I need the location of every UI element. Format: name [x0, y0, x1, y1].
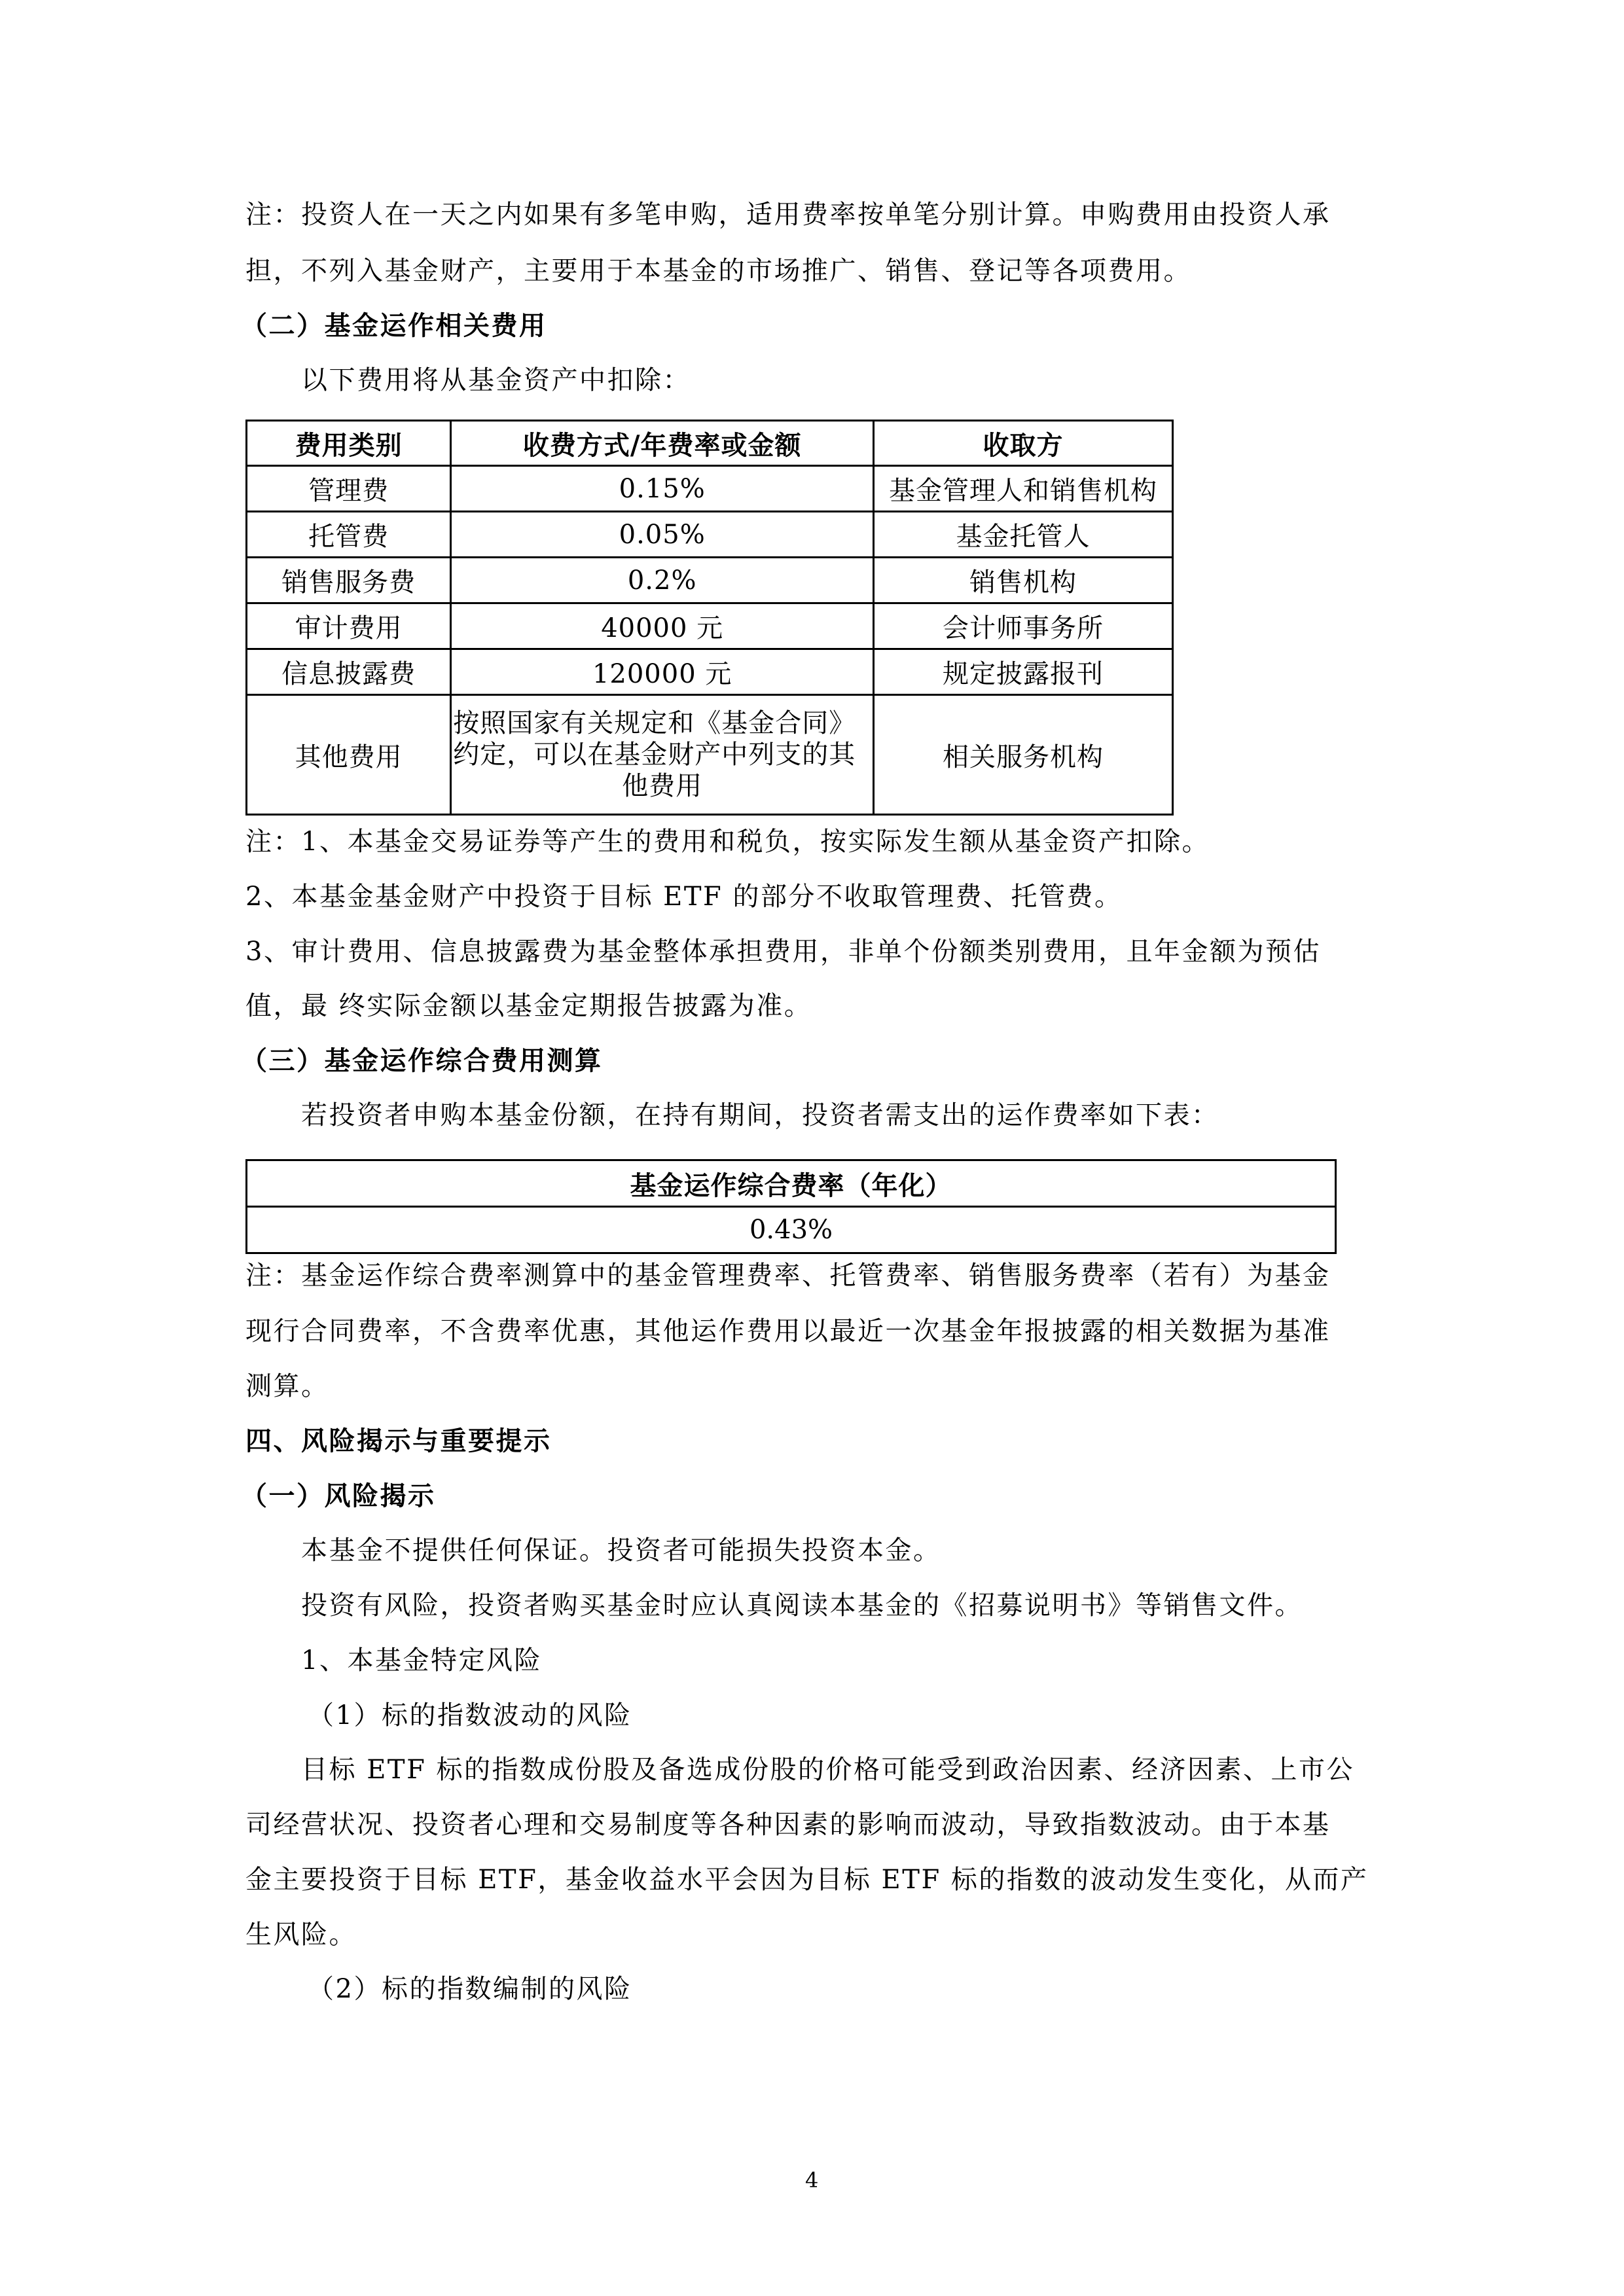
cell-recipient: 基金托管人	[874, 512, 1173, 558]
combined-note-line-3: 测算。	[245, 1371, 329, 1402]
combined-note-line-1: 注：基金运作综合费率测算中的基金管理费率、托管费率、销售服务费率（若有）为基金	[245, 1260, 1331, 1291]
risk-para-2: 投资有风险，投资者购买基金时应认真阅读本基金的《招募说明书》等销售文件。	[301, 1590, 1303, 1621]
col-header-category: 费用类别	[247, 421, 451, 466]
table-row: 销售服务费 0.2% 销售机构	[247, 558, 1173, 603]
ops-fee-note-2: 2、本基金基金财产中投资于目标 ETF 的部分不收取管理费、托管费。	[245, 881, 1123, 912]
cell-category: 审计费用	[247, 603, 451, 649]
cell-rate: 120000 元	[451, 649, 874, 695]
table-row: 审计费用 40000 元 会计师事务所	[247, 603, 1173, 649]
cell-rate-line: 他费用	[453, 770, 871, 802]
cell-recipient: 基金管理人和销售机构	[874, 466, 1173, 512]
fee-note-line-1: 注：投资人在一天之内如果有多笔申购，适用费率按单笔分别计算。申购费用由投资人承	[245, 199, 1331, 230]
table-header-row: 费用类别 收费方式/年费率或金额 收取方	[247, 421, 1173, 466]
risk-sub-1-line-4: 生风险。	[245, 1919, 357, 1950]
cell-category: 信息披露费	[247, 649, 451, 695]
risk-sub-1-line-3: 金主要投资于目标 ETF，基金收益水平会因为目标 ETF 标的指数的波动发生变化…	[245, 1864, 1368, 1895]
fee-note-line-2: 担，不列入基金财产，主要用于本基金的市场推广、销售、登记等各项费用。	[245, 255, 1191, 287]
risk-sub-1-line-1: 目标 ETF 标的指数成份股及备选成份股的价格可能受到政治因素、经济因素、上市公	[301, 1754, 1354, 1785]
cell-recipient: 销售机构	[874, 558, 1173, 603]
combined-fees-intro: 若投资者申购本基金份额，在持有期间，投资者需支出的运作费率如下表：	[301, 1100, 1219, 1131]
section-heading-combined-fees: （三）基金运作综合费用测算	[241, 1045, 603, 1077]
cell-category: 销售服务费	[247, 558, 451, 603]
cell-recipient: 相关服务机构	[874, 695, 1173, 815]
ops-fee-note-3: 3、审计费用、信息披露费为基金整体承担费用，非单个份额类别费用，且年金额为预估	[245, 936, 1321, 967]
subheading-risk-disclosure: （一）风险揭示	[241, 1480, 436, 1512]
table-row: 其他费用 按照国家有关规定和《基金合同》 约定，可以在基金财产中列支的其 他费用…	[247, 695, 1173, 815]
combined-rate-table: 基金运作综合费率（年化） 0.43%	[245, 1159, 1337, 1254]
col-header-rate: 收费方式/年费率或金额	[451, 421, 874, 466]
cell-rate: 40000 元	[451, 603, 874, 649]
risk-sub-1: （1）标的指数波动的风险	[308, 1700, 632, 1731]
ops-fees-intro: 以下费用将从基金资产中扣除：	[301, 365, 691, 396]
cell-recipient: 规定披露报刊	[874, 649, 1173, 695]
ops-fee-note-4: 值，最 终实际金额以基金定期报告披露为准。	[245, 990, 812, 1022]
risk-para-1: 本基金不提供任何保证。投资者可能损失投资本金。	[301, 1535, 941, 1566]
table-header-row: 基金运作综合费率（年化）	[247, 1160, 1336, 1207]
cell-rate: 0.2%	[451, 558, 874, 603]
cell-rate: 0.15%	[451, 466, 874, 512]
table-row: 0.43%	[247, 1207, 1336, 1253]
risk-sub-1-line-2: 司经营状况、投资者心理和交易制度等各种因素的影响而波动，导致指数波动。由于本基	[245, 1809, 1331, 1840]
cell-rate: 0.05%	[451, 512, 874, 558]
cell-category: 托管费	[247, 512, 451, 558]
ops-fee-table: 费用类别 收费方式/年费率或金额 收取方 管理费 0.15% 基金管理人和销售机…	[245, 420, 1174, 816]
cell-category: 管理费	[247, 466, 451, 512]
cell-recipient: 会计师事务所	[874, 603, 1173, 649]
section-heading-ops-fees: （二）基金运作相关费用	[241, 310, 547, 342]
risk-sub-2: （2）标的指数编制的风险	[308, 1973, 632, 2005]
col-header-combined-rate: 基金运作综合费率（年化）	[247, 1160, 1336, 1207]
page-number: 4	[805, 2168, 818, 2193]
ops-fee-note-1: 注：1、本基金交易证券等产生的费用和税负，按实际发生额从基金资产扣除。	[245, 826, 1210, 857]
cell-rate-multiline: 按照国家有关规定和《基金合同》 约定，可以在基金财产中列支的其 他费用	[451, 695, 874, 815]
col-header-recipient: 收取方	[874, 421, 1173, 466]
cell-combined-rate: 0.43%	[247, 1207, 1336, 1253]
table-row: 托管费 0.05% 基金托管人	[247, 512, 1173, 558]
cell-category: 其他费用	[247, 695, 451, 815]
section-heading-risk: 四、风险揭示与重要提示	[245, 1426, 552, 1457]
cell-rate-line: 约定，可以在基金财产中列支的其	[453, 740, 856, 770]
table-row: 管理费 0.15% 基金管理人和销售机构	[247, 466, 1173, 512]
combined-note-line-2: 现行合同费率，不含费率优惠，其他运作费用以最近一次基金年报披露的相关数据为基准	[245, 1316, 1331, 1347]
cell-rate-line: 按照国家有关规定和《基金合同》	[453, 708, 856, 738]
risk-item-1: 1、本基金特定风险	[301, 1645, 542, 1676]
table-row: 信息披露费 120000 元 规定披露报刊	[247, 649, 1173, 695]
